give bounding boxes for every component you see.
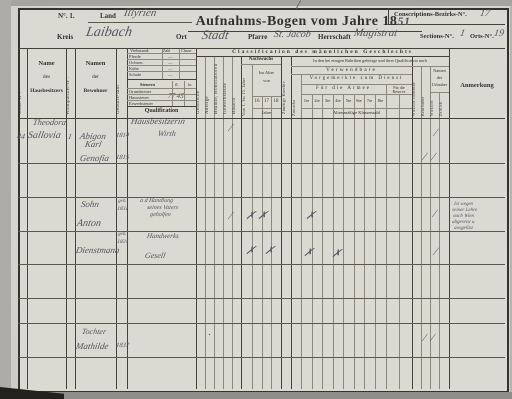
livestock-row-label: Kühe xyxy=(129,66,139,71)
age-class-col: 6te xyxy=(354,98,364,103)
entry-conf-number: 44 xyxy=(16,132,26,141)
entry-qualification-note: a d Handlung xyxy=(139,198,173,204)
entry-birth-year: 1824 xyxy=(116,239,128,245)
livestock-row-label: Pferde xyxy=(129,54,141,59)
livestock-col-classe: Classe xyxy=(181,48,191,53)
service-vorgemerkte: Vorgemerkte zum Dienst xyxy=(301,76,412,81)
knechte-col-label: Zünftige Knechte xyxy=(281,58,291,114)
conscription-value-handwritten: 17 xyxy=(479,8,491,19)
grid-line-vertical xyxy=(386,84,387,389)
grid-line-horizontal xyxy=(241,64,281,65)
grid-line-vertical xyxy=(312,94,313,389)
scanned-census-form: N°. 1. Land Illyrien Aufnahms-Bogen vom … xyxy=(0,0,512,399)
age-class-col: 3te xyxy=(322,98,333,103)
entry-birth-year: geb. xyxy=(118,199,127,204)
nachwuchs-unit: Jahre xyxy=(252,110,281,115)
service-armee: Für die Armee xyxy=(301,86,386,91)
class-col-label: Gewerbsleute xyxy=(223,58,232,114)
ort-label: Ort xyxy=(176,33,187,41)
grid-line-vertical xyxy=(399,94,400,389)
urlauber-title-1: Namen xyxy=(430,68,449,73)
entry-remark-line: seiner Lehre xyxy=(452,208,478,213)
grid-line-horizontal xyxy=(18,357,505,358)
entry-birth-year: 1815 xyxy=(115,154,129,161)
entry-qualification-note: seines Vaters xyxy=(146,205,178,211)
tax-row-label: Erwerbsteuer xyxy=(129,101,153,106)
orts-value-handwritten: 19 xyxy=(493,28,505,39)
scan-edge-top xyxy=(0,0,512,6)
grid-line-vertical xyxy=(262,96,263,389)
tax-title: Steuern xyxy=(140,82,155,87)
military-col-serving: Wirklich Dienende xyxy=(412,68,421,116)
grid-line-vertical xyxy=(271,96,272,389)
livestock-row-value: — xyxy=(168,60,173,65)
scan-edge-left xyxy=(0,0,11,399)
grid-line-horizontal xyxy=(430,92,449,93)
age-class-col: 1te xyxy=(301,98,312,103)
entry-inhabitant-name: Mathilde xyxy=(75,341,109,351)
herrschaft-value-handwritten: Magistrat xyxy=(353,27,399,39)
nachwuchs-age-17: 17 xyxy=(262,99,271,104)
entry-owner-line2: Sallovia xyxy=(27,130,62,141)
entry-relation: Tochter xyxy=(81,327,107,336)
tax-value-handwritten: 77 45 xyxy=(167,92,184,100)
service-side-col: Zuwachs xyxy=(291,76,301,116)
orts-label: Orts-N°. xyxy=(470,33,494,40)
tax-row-label: Grundsteuer xyxy=(129,89,151,94)
grid-line-horizontal xyxy=(18,231,505,232)
grid-line-horizontal xyxy=(301,108,412,109)
column-header-birth-year: Geburts-Jahr xyxy=(116,58,127,114)
kreis-value-handwritten: Laibach xyxy=(85,25,134,41)
entry-relation: Sohn xyxy=(80,199,100,209)
class-col-label: Beamte, Honoratioren xyxy=(214,58,223,114)
entry-remark-line: ausgelöst xyxy=(454,226,474,231)
livestock-row-label: Schafe xyxy=(129,72,141,77)
grid-line-vertical xyxy=(27,48,28,389)
livestock-col-zahl: Zahl xyxy=(163,48,170,53)
grid-line-vertical xyxy=(343,94,344,389)
entry-remark-line: abgereist u. xyxy=(452,220,476,225)
service-verwendbare: Verwendbare xyxy=(291,67,412,73)
entry-inhabitant-name: Dienstmann xyxy=(75,245,120,255)
grid-line-horizontal xyxy=(252,96,281,97)
service-reserve-2: Reserve xyxy=(386,89,412,94)
land-value-handwritten: Illyrien xyxy=(123,7,158,19)
qualification-header: Qualification xyxy=(127,108,196,114)
grid-line-vertical xyxy=(75,48,76,389)
urlauber-sub-col-2: Zeitlich xyxy=(439,94,449,116)
anmerkung-header: Anmerkung xyxy=(449,82,505,89)
entry-qualification-1: Hausbesitzerin xyxy=(130,116,186,126)
class-col-label: Geistliche xyxy=(196,58,205,114)
grid-line-horizontal xyxy=(18,298,505,299)
entry-birth-year: 1831 xyxy=(116,206,128,212)
grid-line-vertical xyxy=(333,94,334,389)
tax-row-label: Haussteuer xyxy=(129,95,149,100)
pfarre-label: Pfarre xyxy=(248,33,267,41)
grid-line-vertical xyxy=(354,94,355,389)
grid-line-horizontal xyxy=(196,56,449,57)
entry-birth-year: geb. xyxy=(118,232,127,237)
class-col-label: Bauern xyxy=(232,58,241,114)
scan-edge-bottom xyxy=(0,392,512,399)
livestock-row-value: — xyxy=(168,54,173,59)
grid-line-horizontal xyxy=(291,74,412,75)
age-class-col: 7te xyxy=(364,98,375,103)
grid-line-horizontal xyxy=(18,323,505,324)
urlauber-title-3: Urlauber xyxy=(430,82,449,87)
grid-line-horizontal xyxy=(18,118,505,119)
age-class-col: 4te xyxy=(333,98,343,103)
entry-owner-line1: Theodora xyxy=(32,117,67,127)
urlauber-title-2: der xyxy=(430,75,449,80)
land-label: Land xyxy=(100,12,116,20)
land-underline xyxy=(88,22,192,23)
livestock-row-value: — xyxy=(168,72,173,77)
nachwuchs-title: Nachwuchs xyxy=(241,57,281,62)
age-class-col: 8te xyxy=(375,98,386,103)
entry-qualification-2: Gesell xyxy=(144,251,166,260)
grid-line-horizontal xyxy=(252,108,281,109)
column-header-owner-3: Hausbesitzers xyxy=(27,88,66,94)
column-header-inhabitants-2: der xyxy=(75,74,116,80)
entry-inhabitant-name: Genofia xyxy=(79,153,110,163)
column-header-owner-2: des xyxy=(27,74,66,80)
column-header-conf-number: Conf.-N°. xyxy=(18,58,27,114)
grid-line-vertical xyxy=(439,92,440,389)
entry-inhabitant-name: Karl xyxy=(84,139,102,149)
grid-line-horizontal xyxy=(18,197,505,198)
nachwuchs-mid-1: Im Alter xyxy=(252,70,281,75)
age-class-col: 5te xyxy=(343,98,354,103)
pfarre-value-handwritten: St. Jacob xyxy=(273,29,312,40)
sheet-number: N°. 1. xyxy=(58,12,75,20)
livestock-row-label: Ochsen xyxy=(129,60,143,65)
nachwuchs-mid-2: von xyxy=(252,78,281,83)
nachwuchs-age-16: 16 xyxy=(252,99,262,104)
service-bottom-band: Altersmäßige Klassenzahl xyxy=(301,110,412,115)
grid-line-horizontal xyxy=(18,163,505,164)
grid-line-horizontal xyxy=(127,79,196,80)
kreis-label: Kreis xyxy=(57,33,73,41)
entry-remark-line: nach Wien xyxy=(453,214,475,219)
entry-inhabitant-name: Anton xyxy=(76,218,102,229)
urlauber-sub-col-1: Wirklich xyxy=(430,94,439,116)
grid-line-vertical xyxy=(322,94,323,389)
grid-line-vertical xyxy=(364,94,365,389)
classification-band-title: Classification des männlichen Geschlecht… xyxy=(196,49,449,55)
entry-qualification-1: Handwerks xyxy=(146,232,179,240)
entry-qualification-2: Wirth xyxy=(157,129,176,138)
service-line1: In den bei einigen Rubriken gehörige und… xyxy=(291,58,449,63)
livestock-row-value: — xyxy=(168,66,173,71)
class-col-label: Adelige xyxy=(205,58,214,114)
grid-line-horizontal xyxy=(18,264,505,265)
ort-value-handwritten: Stadt xyxy=(201,27,231,43)
column-header-party-number: Wohnparthei-N°. xyxy=(66,55,75,115)
entry-birth-year: 1837 xyxy=(115,342,129,349)
column-header-owner-1: Name xyxy=(27,60,66,67)
entry-birth-year: 1814 xyxy=(115,132,129,139)
herrschaft-label: Herrschaft xyxy=(318,33,351,41)
column-header-inhabitants-3: Bewohner xyxy=(75,88,116,94)
conscription-label: Conscriptions-Bezirks-N°. xyxy=(394,11,467,18)
grid-line-vertical xyxy=(375,94,376,389)
entry-remark-line: Ist wegen xyxy=(454,202,474,207)
tax-col-fl: fl. xyxy=(175,82,178,87)
age-class-col: 2te xyxy=(312,98,322,103)
tax-col-kr: kr. xyxy=(188,82,192,87)
column-header-inhabitants-1: Namen xyxy=(75,60,116,67)
military-col-on-leave: Beurlaubte xyxy=(421,68,430,116)
grid-line-vertical xyxy=(449,48,450,389)
section-label: Sections-N°. xyxy=(420,33,454,40)
nachwuchs-left-col: Vom 1. bis 15. Jahre xyxy=(241,66,252,116)
grid-line-horizontal xyxy=(127,106,196,107)
livestock-title: Viehstand: xyxy=(130,48,149,53)
nachwuchs-age-18: 18 xyxy=(271,99,281,104)
entry-qualification-note: geholfen xyxy=(149,212,171,218)
grid-line-horizontal xyxy=(301,94,412,95)
